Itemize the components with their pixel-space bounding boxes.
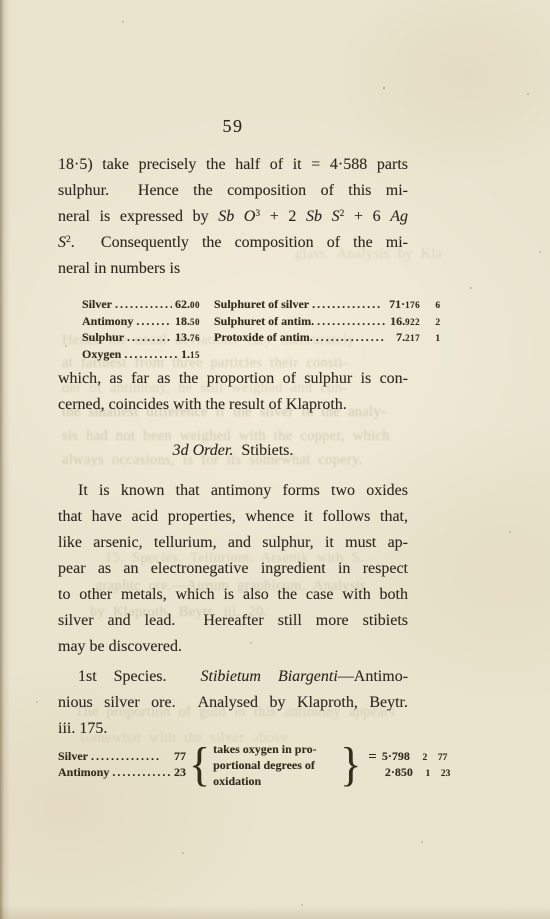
formula-text: neral is expressed by xyxy=(58,208,218,225)
element-value: 1.15 xyxy=(181,347,200,362)
body-line: to other metals, which is also the case … xyxy=(58,582,408,608)
result-row: 2·850123 xyxy=(385,765,451,781)
leader-dots: .............. xyxy=(127,330,172,345)
brace-note-line: takes oxygen in pro- xyxy=(213,741,337,757)
value-int: 62. xyxy=(175,297,190,311)
body-line: pear as an electronegative ingredient in… xyxy=(58,556,408,582)
paragraph-stibiets: It is known that antimony forms two oxid… xyxy=(58,478,408,660)
element-value: 77 xyxy=(174,749,186,764)
body-line: nious silver ore. Analysed by Klaproth, … xyxy=(58,690,408,716)
value-int: 16. xyxy=(390,314,405,328)
table-row: Antimony..............23 xyxy=(58,765,186,781)
value-dec: 76 xyxy=(190,333,200,343)
value-dec: 922 xyxy=(405,317,420,327)
body-line: silver and lead. Hereafter still more st… xyxy=(58,608,408,634)
compound-value: 16.922 xyxy=(390,314,420,329)
body-line: like arsenic, tellurium, and sulphur, it… xyxy=(58,530,408,556)
value-dec: 15 xyxy=(190,350,200,360)
ratio-value: 1 xyxy=(426,334,440,344)
formula-symbol: Sb S xyxy=(306,208,340,225)
element-label: Antimony xyxy=(58,765,109,780)
species-text: —Antimo- xyxy=(338,668,408,685)
leader-dots: .............. xyxy=(317,314,387,329)
analysis-elements: Silver..............77 Antimony.........… xyxy=(58,749,186,781)
value-int: 7. xyxy=(396,330,405,344)
leader-dots: .............. xyxy=(136,314,172,329)
leader-dots: .............. xyxy=(91,749,171,764)
compound-value: 71·176 xyxy=(389,297,420,312)
formula-symbol: Ag xyxy=(390,208,408,225)
result-main: 5·798 xyxy=(382,749,410,764)
value-int: 71· xyxy=(389,297,405,311)
leader-dots: .............. xyxy=(112,765,171,780)
equals-sign: = xyxy=(368,749,377,766)
paragraph-composition: 18·5) take precisely the half of it = 4·… xyxy=(58,152,408,282)
result-main: 2·850 xyxy=(385,765,413,780)
right-brace: } xyxy=(340,738,361,792)
analysis-table: Silver..............77 Antimony.........… xyxy=(58,740,450,790)
analysis-results: 5·798277 2·850123 xyxy=(382,749,451,781)
composition-table: Silver..............62.00 Antimony......… xyxy=(82,297,408,363)
result-percent: 23 xyxy=(441,769,451,779)
element-label: Antimony xyxy=(82,314,133,329)
element-value: 62.00 xyxy=(175,297,200,312)
leader-dots: .............. xyxy=(124,347,178,362)
brace-note-line: portional degrees of xyxy=(213,757,337,773)
table-row: Oxygen..............1.15 xyxy=(82,347,200,364)
element-label: Silver xyxy=(82,297,112,312)
table-row: Sulphuret of silver..............71·1766 xyxy=(214,297,440,314)
result-percent: 77 xyxy=(438,753,448,763)
result-row: 5·798277 xyxy=(382,749,451,765)
section-heading: 3d Order. Stibiets. xyxy=(58,442,408,460)
compound-label: Sulphuret of antim. xyxy=(214,314,314,329)
table-row: Protoxide of antim...............7.2171 xyxy=(214,330,440,347)
value-dec: 217 xyxy=(405,333,420,343)
formula-symbol: Sb O xyxy=(218,208,255,225)
paragraph-klaproth: which, as far as the proportion of sulph… xyxy=(58,366,408,418)
species-name: Stibietum Biargenti xyxy=(201,668,338,685)
order-name: Stibiets. xyxy=(241,442,293,459)
compound-label: Protoxide of antim. xyxy=(214,330,313,345)
formula-symbol: S xyxy=(58,234,66,251)
formula-text: + 2 xyxy=(260,208,306,225)
leader-dots: .............. xyxy=(312,297,386,312)
composition-table-elements: Silver..............62.00 Antimony......… xyxy=(82,297,200,363)
body-line-formula: neral is expressed by Sb O3 + 2 Sb S2 + … xyxy=(58,204,408,230)
scanned-book-page: Hence the usual deviations vary inaccura… xyxy=(0,0,550,919)
body-line: It is known that antimony forms two oxid… xyxy=(58,478,408,504)
page-binding-shadow xyxy=(0,0,10,919)
value-int: 18. xyxy=(175,314,190,328)
compound-value: 7.217 xyxy=(396,330,420,345)
element-value: 23 xyxy=(174,765,186,780)
table-row: Antimony..............18.50 xyxy=(82,314,200,331)
leader-dots: .............. xyxy=(115,297,172,312)
table-row: Silver..............62.00 xyxy=(82,297,200,314)
body-line: may be discovered. xyxy=(58,634,408,660)
body-line: neral in numbers is xyxy=(58,256,408,282)
value-int: 1. xyxy=(181,347,190,361)
body-line: which, as far as the proportion of sulph… xyxy=(58,366,408,392)
element-label: Silver xyxy=(58,749,88,764)
result-ratio: 1 xyxy=(423,769,433,779)
brace-note-line: oxidation xyxy=(213,773,337,789)
ratio-value: 6 xyxy=(426,301,440,311)
body-line: 18·5) take precisely the half of it = 4·… xyxy=(58,152,408,178)
value-dec: 50 xyxy=(190,317,200,327)
formula-text: + 6 xyxy=(344,208,390,225)
element-value: 18.50 xyxy=(175,314,200,329)
body-line: that have acid properties, whence it fol… xyxy=(58,504,408,530)
value-int: 13. xyxy=(175,330,190,344)
brace-note: takes oxygen in pro- portional degrees o… xyxy=(213,741,337,789)
page-number: 59 xyxy=(58,116,408,137)
body-line: 1st Species. Stibietum Biargenti—Antimo- xyxy=(58,664,408,690)
table-row: Sulphuret of antim...............16.9222 xyxy=(214,314,440,331)
species-text: 1st Species. xyxy=(78,668,201,685)
body-line: cerned, coincides with the result of Kla… xyxy=(58,392,408,418)
order-label: 3d Order. xyxy=(173,442,234,459)
left-brace: { xyxy=(189,738,210,792)
leader-dots: .............. xyxy=(316,330,393,345)
result-ratio: 2 xyxy=(420,753,430,763)
composition-table-compounds: Sulphuret of silver..............71·1766… xyxy=(214,297,440,363)
value-dec: 00 xyxy=(190,300,200,310)
table-row: Silver..............77 xyxy=(58,749,186,765)
table-row: Sulphur..............13.76 xyxy=(82,330,200,347)
formula-text: . Consequently the composition of the mi… xyxy=(71,234,408,251)
value-dec: 176 xyxy=(405,300,420,310)
body-line-formula: S2. Consequently the composition of the … xyxy=(58,230,408,256)
ratio-value: 2 xyxy=(426,318,440,328)
paragraph-first-species: 1st Species. Stibietum Biargenti—Antimo-… xyxy=(58,664,408,742)
element-label: Sulphur xyxy=(82,330,124,345)
element-label: Oxygen xyxy=(82,347,121,362)
body-line: sulphur. Hence the composition of this m… xyxy=(58,178,408,204)
paper-specks xyxy=(0,0,2,2)
element-value: 13.76 xyxy=(175,330,200,345)
compound-label: Sulphuret of silver xyxy=(214,297,309,312)
